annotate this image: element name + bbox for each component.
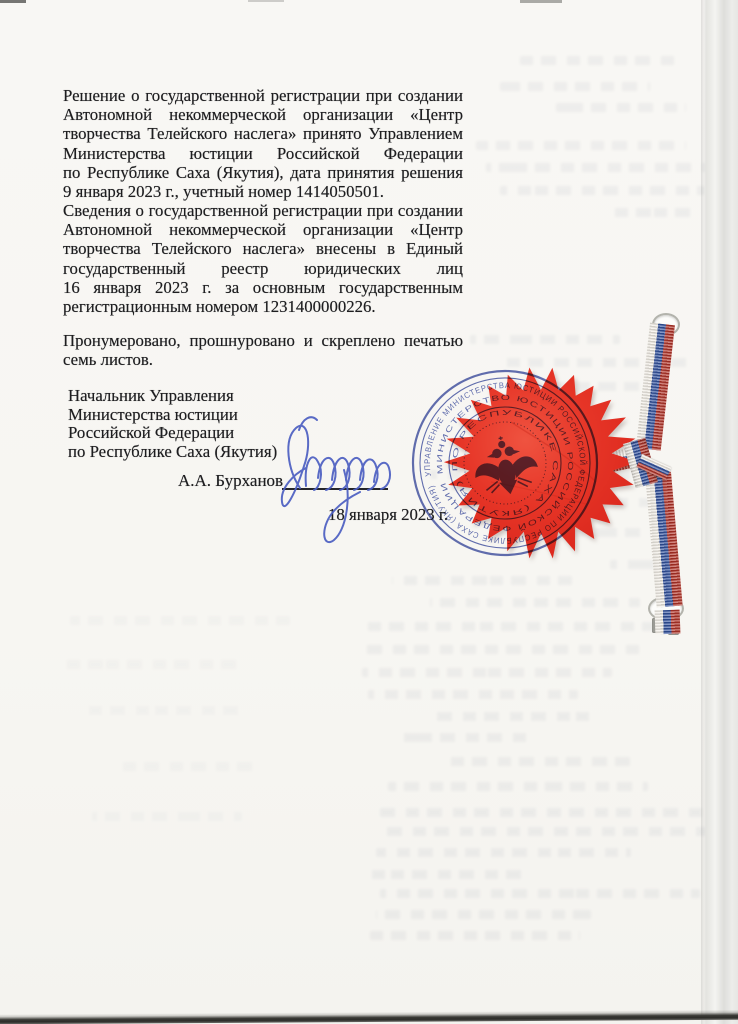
- text-line: Решение о государственной регистрации пр…: [63, 86, 463, 105]
- scan-edge-top-center: [248, 0, 284, 2]
- bleedthrough-line: [62, 660, 242, 669]
- bleedthrough-line: [388, 782, 648, 791]
- bleedthrough-line: [500, 186, 705, 195]
- double-eagle-icon: [470, 431, 541, 498]
- text-line: Автономной некоммерческой организации «Ц…: [63, 220, 463, 239]
- paragraph-binding-note: Пронумеровано, прошнуровано и скреплено …: [63, 331, 463, 369]
- ministry-ink-stamp: УПРАВЛЕНИЕ МИНИСТЕРСТВА ЮСТИЦИИ РОССИЙСК…: [405, 363, 605, 563]
- page-edge-right: [701, 0, 738, 1024]
- paragraph-registration-decision: Решение о государственной регистрации пр…: [63, 86, 463, 201]
- text-line: государственный реестр юридических лиц: [63, 259, 463, 278]
- bleedthrough-line: [118, 762, 258, 771]
- text-line: 16 января 2023 г. за основным государств…: [63, 278, 463, 297]
- text-line: творчества Телейского наслега» внесены в…: [63, 239, 463, 258]
- bleedthrough-line: [556, 103, 686, 112]
- bleedthrough-line: [380, 827, 710, 836]
- scan-edge-top-right: [520, 0, 562, 3]
- ribbon-bottom-segment: [645, 472, 683, 608]
- bleedthrough-line: [370, 931, 580, 940]
- bleedthrough-line: [476, 141, 686, 150]
- scanned-page: Решение о государственной регистрации пр…: [0, 0, 738, 1024]
- bleedthrough-line: [486, 163, 710, 172]
- scan-edge-top-left: [0, 0, 26, 3]
- bleedthrough-line: [376, 910, 591, 919]
- bleedthrough-line: [92, 812, 242, 821]
- text-line: регистрационным номером 1231400000226.: [63, 297, 463, 316]
- bleedthrough-line: [520, 56, 680, 65]
- bleedthrough-line: [402, 733, 532, 742]
- bleedthrough-line: [84, 706, 244, 715]
- bleedthrough-line: [362, 668, 612, 677]
- handwritten-signature: [255, 400, 415, 555]
- text-line: семь листов.: [63, 350, 463, 369]
- bleedthrough-line: [368, 690, 578, 699]
- text-line: Пронумеровано, прошнуровано и скреплено …: [63, 331, 463, 350]
- bleedthrough-line: [376, 848, 631, 857]
- bleedthrough-line: [470, 335, 620, 344]
- text-line: Автономной некоммерческой организации «Ц…: [63, 105, 463, 124]
- bleedthrough-line: [436, 712, 596, 721]
- text-line: по Республике Саха (Якутия), дата принят…: [63, 163, 463, 182]
- text-line: Министерства юстиции Российской Федераци…: [63, 144, 463, 163]
- bleedthrough-line: [500, 82, 650, 91]
- bleedthrough-line: [70, 616, 290, 625]
- bleedthrough-line: [612, 208, 698, 217]
- bleedthrough-line: [368, 622, 668, 631]
- ribbon-tail-segment: [655, 610, 681, 635]
- bleedthrough-line: [380, 889, 700, 898]
- bleedthrough-line: [380, 808, 710, 817]
- bleedthrough-line: [392, 576, 572, 585]
- bleedthrough-line: [440, 757, 630, 766]
- text-line: творчества Телейского наслега» принято У…: [63, 124, 463, 143]
- page-edge-bottom: [0, 1010, 738, 1024]
- bleedthrough-line: [362, 870, 522, 879]
- bleedthrough-line: [366, 645, 646, 654]
- text-line: Сведения о государственной регистрации п…: [63, 201, 463, 220]
- bleedthrough-line: [430, 598, 640, 607]
- paragraph-egrul-record: Сведения о государственной регистрации п…: [63, 201, 463, 316]
- text-line: 9 января 2023 г., учетный номер 14140505…: [63, 182, 463, 201]
